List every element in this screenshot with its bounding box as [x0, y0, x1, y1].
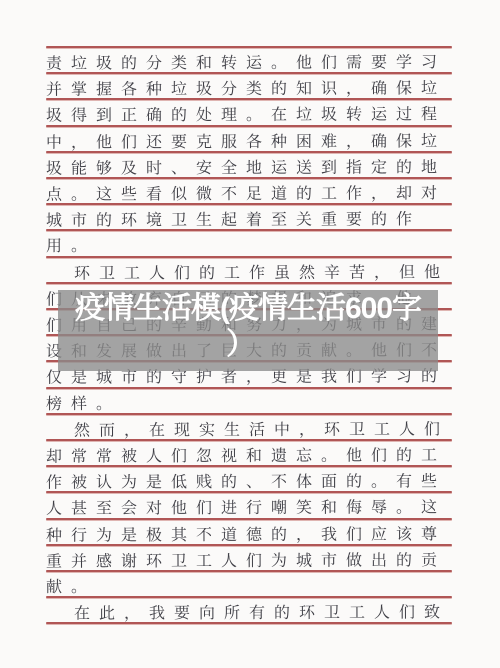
handwriting-row: 种行为是极其不道德的，我们应该尊 — [46, 523, 446, 545]
handwriting-row: 榜样。 — [46, 392, 121, 413]
overlay-title-line2: ） — [226, 326, 256, 364]
rule-line — [46, 46, 452, 48]
handwriting-row: 中，他们还要克服各种困难，确保垃 — [46, 130, 446, 152]
handwriting-row: 然而，在现实生活中，环卫工人们 — [74, 418, 449, 440]
handwriting-row: 城市的环境卫生起着至关重要的作 — [46, 209, 421, 231]
rule-line — [46, 596, 452, 598]
handwriting-row: 在此，我要向所有的环卫工人们致 — [74, 602, 449, 624]
handwriting-row: 圾能够及时、安全地运送到指定的地 — [46, 156, 446, 178]
handwriting-row: 圾得到正确的处理。在垃圾转运过程 — [46, 104, 446, 126]
essay-photo-page: 责垃圾的分类和转运。他们需要学习并掌握各种垃圾分类的知识，确保垃圾得到正确的处理… — [0, 0, 500, 668]
handwriting-row: 责垃圾的分类和转运。他们需要学习 — [46, 51, 446, 73]
rule-line — [46, 256, 452, 258]
title-overlay-banner: 疫情生活模(疫情生活600字 ） — [58, 290, 438, 371]
handwriting-row: 环卫工人们的工作虽然辛苦，但他 — [74, 261, 449, 283]
handwriting-row: 点。这些看似微不足道的工作，却对 — [46, 182, 446, 204]
handwriting-row: 作被认为是低贱的、不体面的。有些 — [46, 470, 446, 492]
handwriting-row: 人甚至会对他们进行嘲笑和侮辱。这 — [46, 497, 446, 519]
handwriting-row: 用。 — [46, 235, 96, 256]
handwriting-row: 献。 — [46, 576, 96, 597]
overlay-title-line1: 疫情生活模(疫情生活600字 — [75, 291, 421, 326]
handwriting-row: 并掌握各种垃圾分类的知识，确保垃 — [46, 77, 446, 99]
handwriting-row: 重并感谢环卫工人们为城市做出的贡 — [46, 549, 446, 571]
handwriting-row: 却常常被人们忽视和遗忘。他们的工 — [46, 444, 446, 466]
